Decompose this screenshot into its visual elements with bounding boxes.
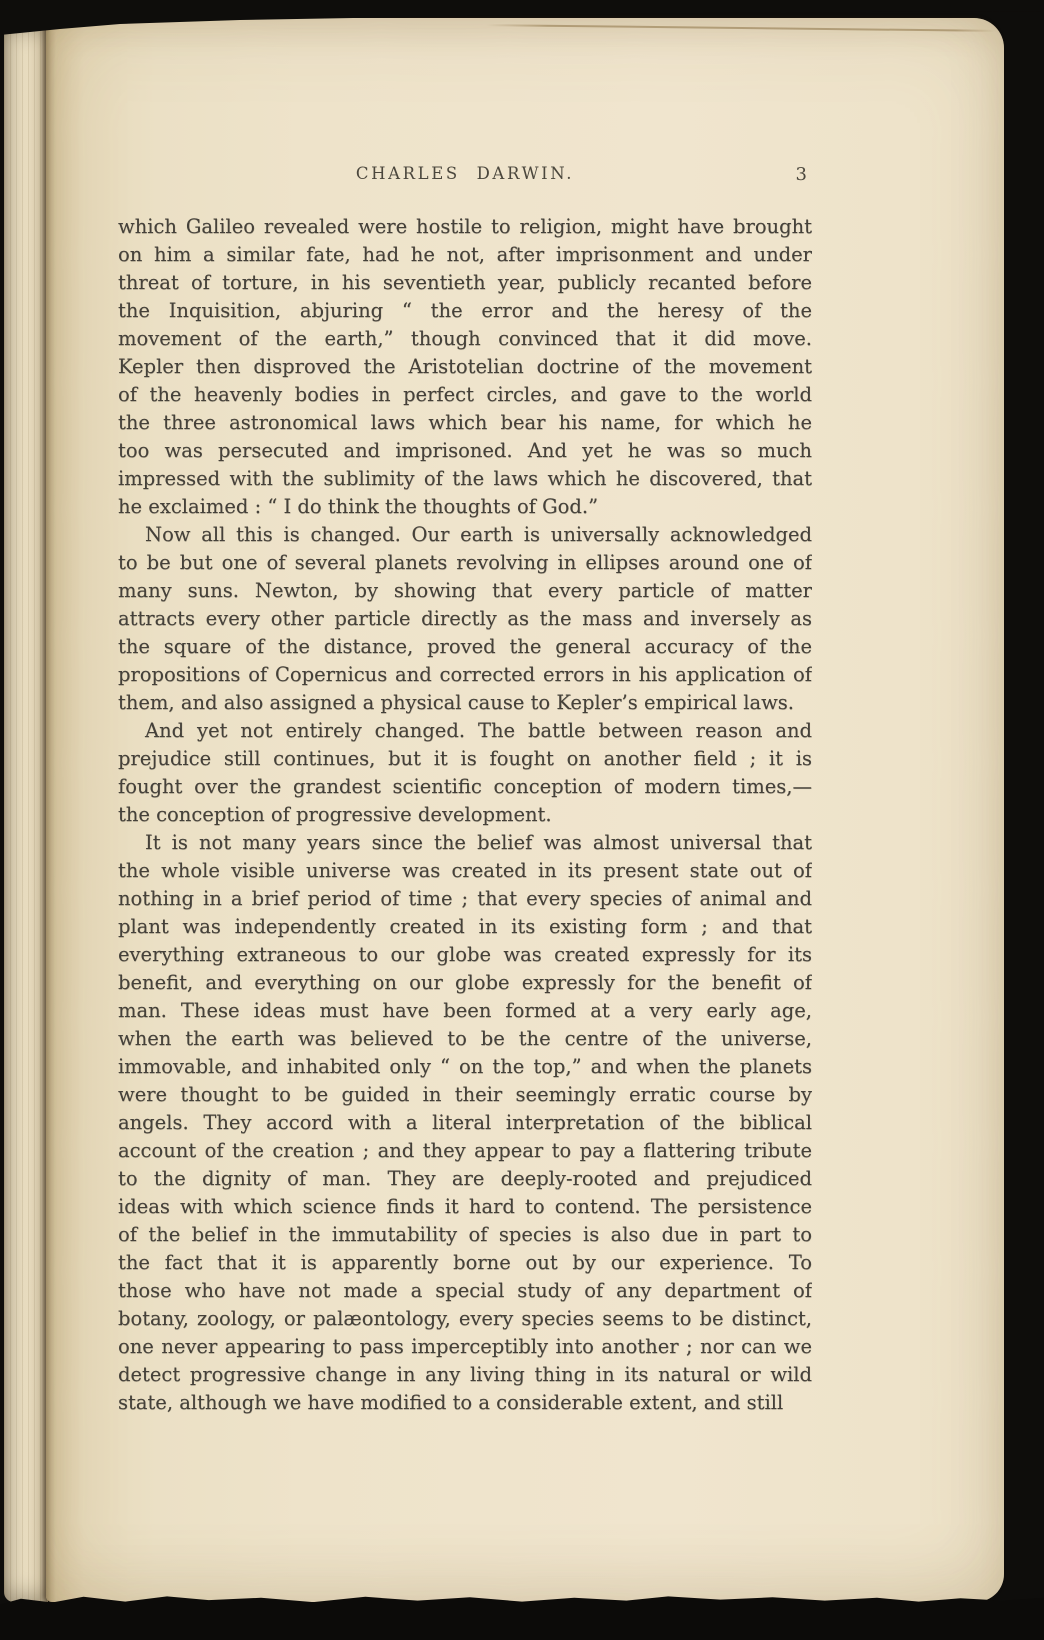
running-header-title: CHARLES DARWIN. [118, 164, 812, 183]
text-line: on him a similar fate, had he not, after… [118, 241, 812, 269]
text-line: threat of torture, in his seventieth yea… [118, 269, 812, 297]
text-line: the Inquisition, abjuring “ the error an… [118, 297, 812, 325]
text-line: prejudice still continues, but it is fou… [118, 745, 812, 773]
text-line: Kepler then disproved the Aristotelian d… [118, 353, 812, 381]
text-line: impressed with the sublimity of the laws… [118, 465, 812, 493]
text-line: one never appearing to pass imperceptibl… [118, 1333, 812, 1361]
text-line: ideas with which science finds it hard t… [118, 1193, 812, 1221]
under-page-top-edge [486, 24, 996, 32]
book-page: CHARLES DARWIN. 3 which Galileo revealed… [46, 18, 1004, 1602]
text-line: account of the creation ; and they appea… [118, 1137, 812, 1165]
running-header: CHARLES DARWIN. 3 [118, 164, 812, 190]
text-line: to the dignity of man. They are deeply-r… [118, 1165, 812, 1193]
text-line: were thought to be guided in their seemi… [118, 1081, 812, 1109]
folio-page-number: 3 [796, 164, 808, 185]
scanned-page-photo: CHARLES DARWIN. 3 which Galileo revealed… [0, 0, 1044, 1640]
text-line: Now all this is changed. Our earth is un… [118, 521, 812, 549]
book-page-stack-edge [4, 24, 48, 1602]
text-line: many suns. Newton, by showing that every… [118, 577, 812, 605]
text-line: propositions of Copernicus and corrected… [118, 661, 812, 689]
text-line: man. These ideas must have been formed a… [118, 997, 812, 1025]
text-line: of the belief in the immutability of spe… [118, 1221, 812, 1249]
text-line: angels. They accord with a literal inter… [118, 1109, 812, 1137]
text-line: the square of the distance, proved the g… [118, 633, 812, 661]
text-line: the conception of progressive developmen… [118, 801, 812, 829]
text-line: the whole visible universe was created i… [118, 857, 812, 885]
text-line: the three astronomical laws which bear h… [118, 409, 812, 437]
text-line: fought over the grandest scientific conc… [118, 773, 812, 801]
page-body-text: which Galileo revealed were hostile to r… [118, 213, 812, 1417]
text-line: those who have not made a special study … [118, 1277, 812, 1305]
text-line: them, and also assigned a physical cause… [118, 689, 812, 717]
text-line: when the earth was believed to be the ce… [118, 1025, 812, 1053]
text-line: nothing in a brief period of time ; that… [118, 885, 812, 913]
paragraph: Now all this is changed. Our earth is un… [118, 521, 812, 717]
text-line: It is not many years since the belief wa… [118, 829, 812, 857]
text-line: botany, zoology, or palæontology, every … [118, 1305, 812, 1333]
text-line: of the heavenly bodies in perfect circle… [118, 381, 812, 409]
text-line: which Galileo revealed were hostile to r… [118, 213, 812, 241]
text-line: everything extraneous to our globe was c… [118, 941, 812, 969]
text-line: the fact that it is apparently borne out… [118, 1249, 812, 1277]
text-line: he exclaimed : “ I do think the thoughts… [118, 493, 812, 521]
text-line: And yet not entirely changed. The battle… [118, 717, 812, 745]
paragraph: which Galileo revealed were hostile to r… [118, 213, 812, 521]
gutter-crease [46, 18, 56, 1602]
paragraph: It is not many years since the belief wa… [118, 829, 812, 1417]
text-line: detect progressive change in any living … [118, 1361, 812, 1389]
paragraph: And yet not entirely changed. The battle… [118, 717, 812, 829]
text-line: benefit, and everything on our globe exp… [118, 969, 812, 997]
text-line: state, although we have modified to a co… [118, 1389, 812, 1417]
text-line: to be but one of several planets revolvi… [118, 549, 812, 577]
text-line: immovable, and inhabited only “ on the t… [118, 1053, 812, 1081]
text-line: movement of the earth,” though convinced… [118, 325, 812, 353]
text-line: plant was independently created in its e… [118, 913, 812, 941]
text-line: attracts every other particle directly a… [118, 605, 812, 633]
text-line: too was persecuted and imprisoned. And y… [118, 437, 812, 465]
